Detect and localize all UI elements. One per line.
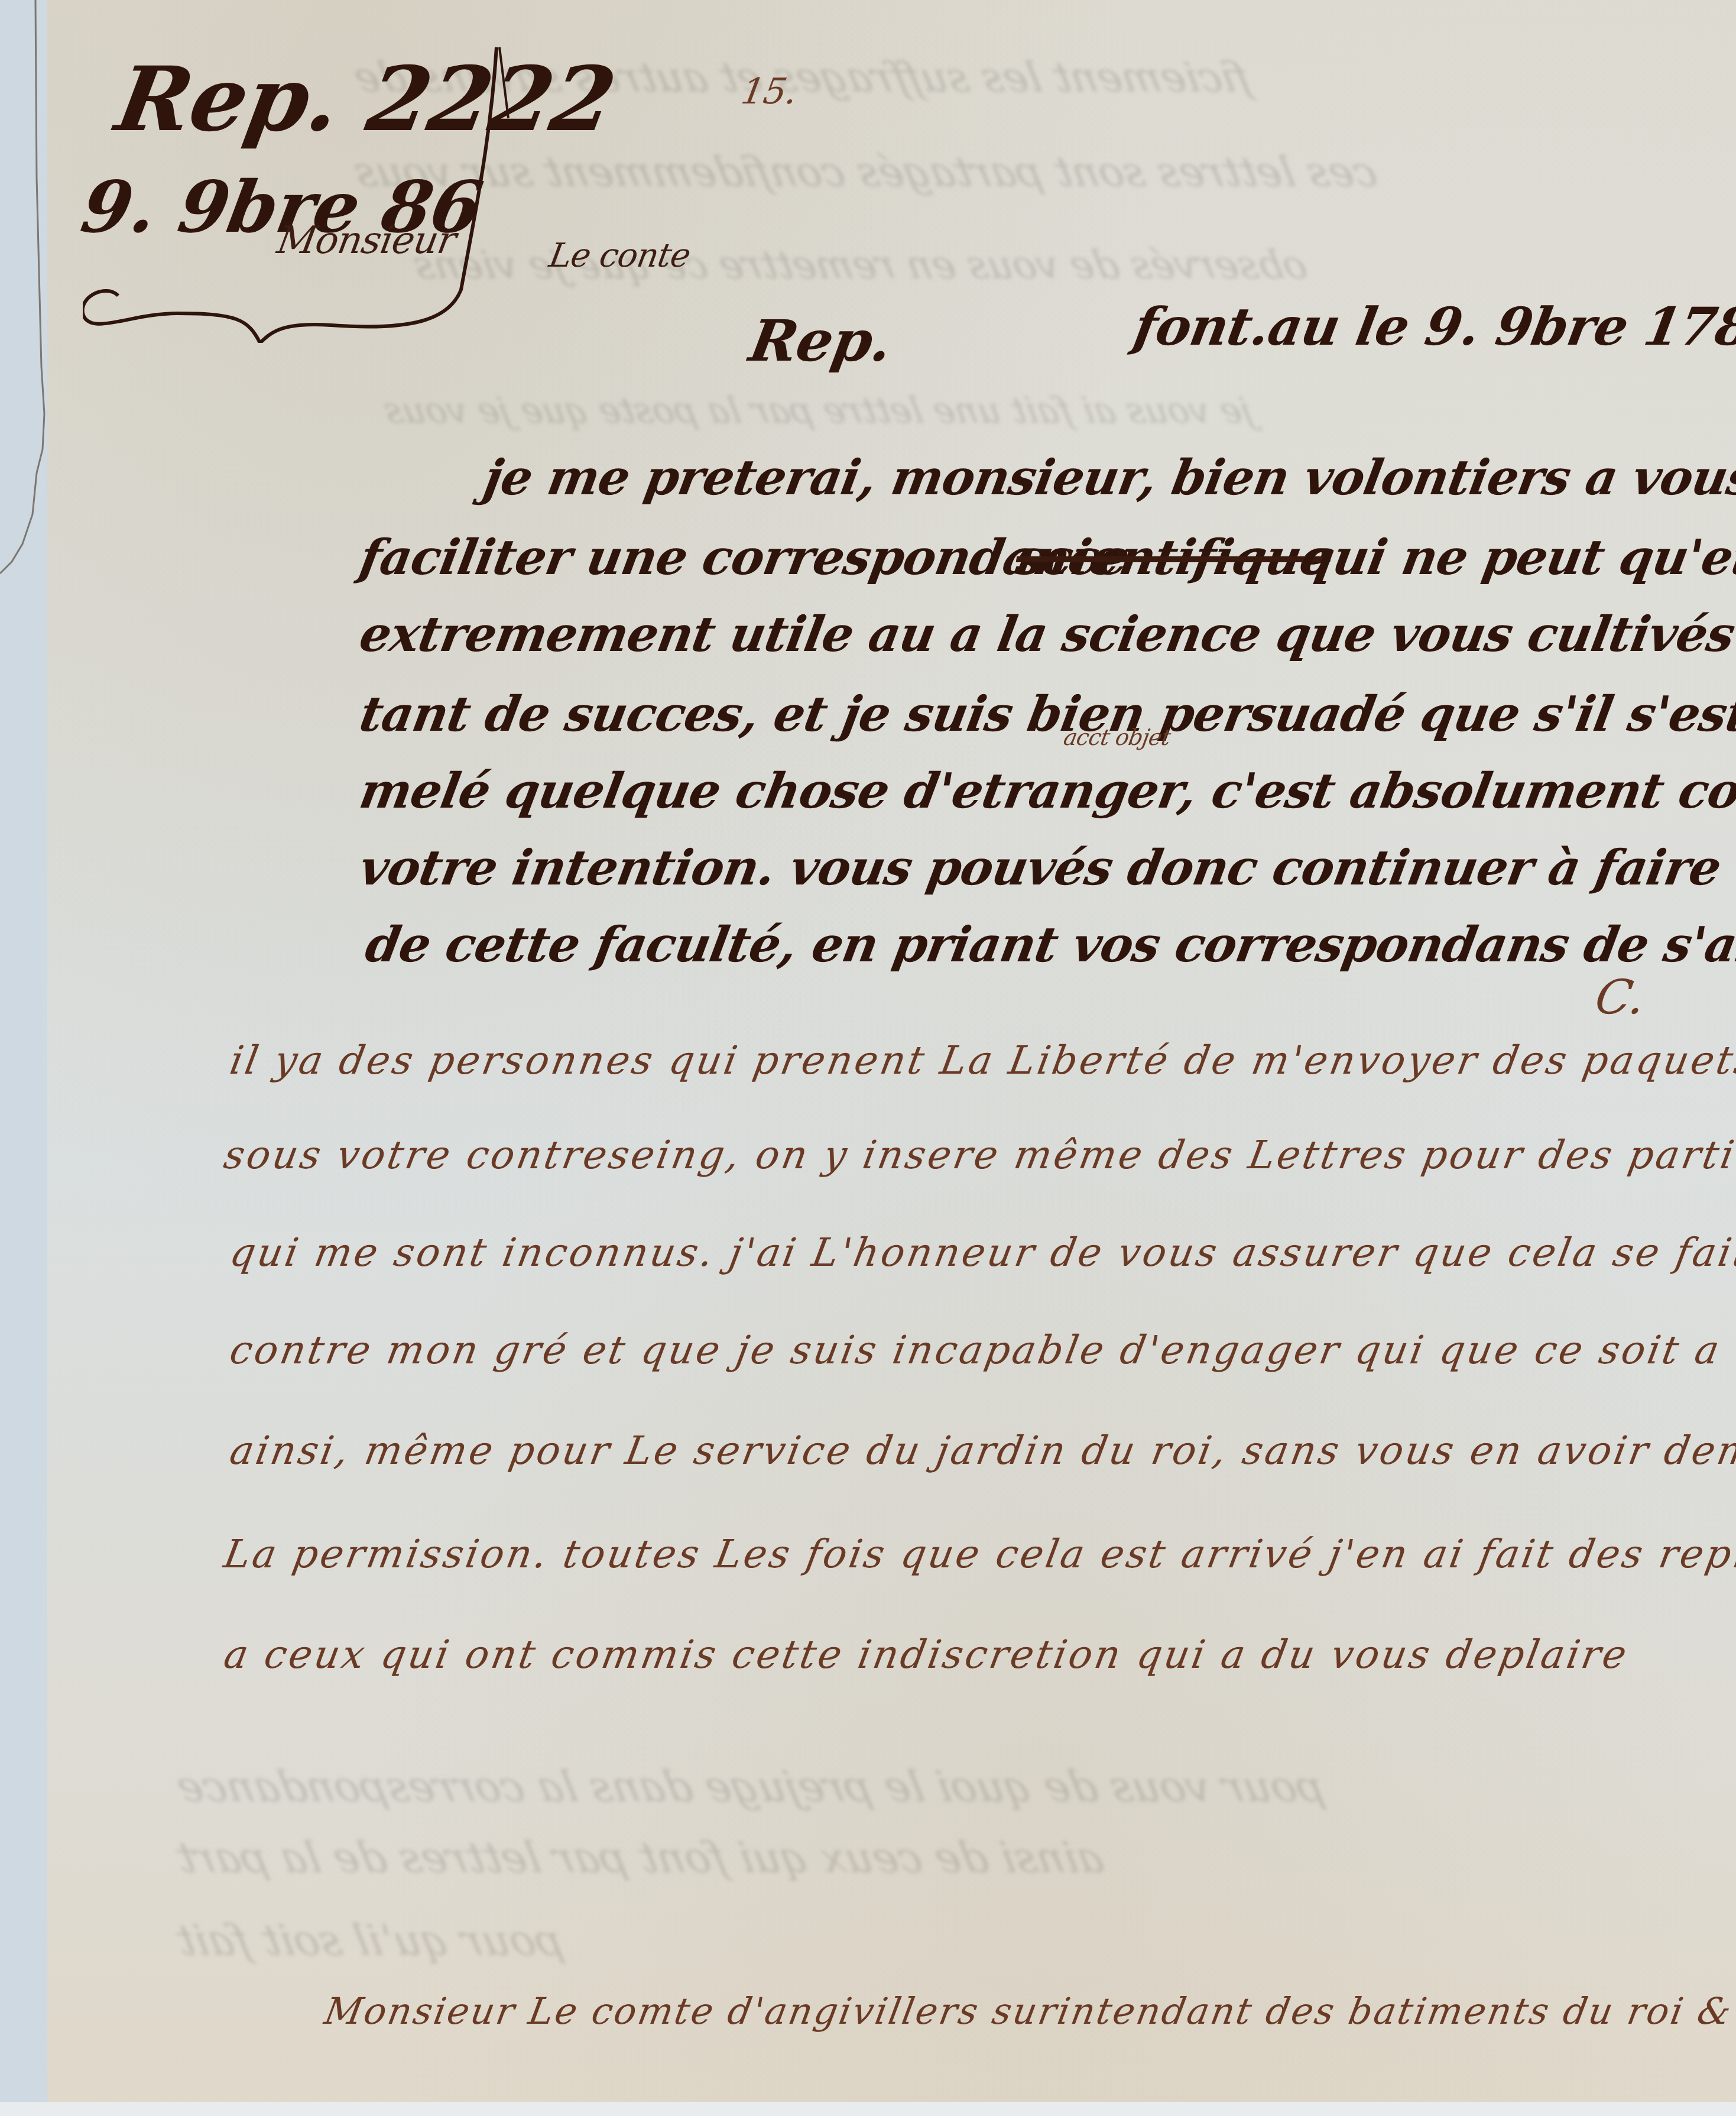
bleed-through-text: pour qu'il soit fait bbox=[172, 1916, 567, 1965]
body-line: sous votre contreseing, on y insere même… bbox=[220, 1132, 1736, 1178]
place-date: font.au le 9. 9bre 1786- bbox=[1130, 296, 1736, 357]
body-line: il ya des personnes qui prenent La Liber… bbox=[226, 1038, 1736, 1083]
folio-mark: 15. bbox=[738, 71, 800, 112]
bleed-through-text: observés de vous en remettre ce que je v… bbox=[409, 242, 1311, 288]
body-line: tant de succes, et je suis bien persuadé… bbox=[356, 686, 1736, 743]
body-line: qui me sont inconnus. j'ai L'honneur de … bbox=[226, 1230, 1736, 1275]
bleed-through-text: je vous ai fait une lettre par la poste … bbox=[380, 390, 1257, 432]
body-line: a ceux qui ont commis cette indiscretion… bbox=[220, 1632, 1632, 1677]
body-line: ainsi, même pour Le service du jardin du… bbox=[226, 1428, 1736, 1473]
body-line: qui ne peut qu'etre bbox=[1296, 529, 1736, 586]
bleed-through-text: ainsi de ceux qui font par lettres de la… bbox=[172, 1833, 1108, 1882]
rep-mark: Rep. bbox=[745, 307, 897, 374]
body-line: de cette faculté, en priant vos correspo… bbox=[362, 916, 1736, 973]
letter-page: ficiement les suffrages et autres savans… bbox=[0, 0, 1736, 2116]
body-line: extremement utile au a la science que vo… bbox=[356, 606, 1736, 663]
addressee-line: Monsieur Le comte d'angivillers surinten… bbox=[322, 1989, 1736, 2033]
margin-reference: Rep. 2222 bbox=[109, 47, 622, 151]
salutation-prefix: Monsieur bbox=[274, 219, 459, 263]
body-line: votre intention. vous pouvés donc contin… bbox=[356, 840, 1736, 896]
body-line: je me preterai, monsieur, bien volontier… bbox=[480, 449, 1736, 506]
struck-word: scientifique bbox=[1012, 529, 1336, 586]
salutation-title: Le conte bbox=[546, 236, 693, 275]
body-line: La permission. toutes Les fois que cela … bbox=[220, 1531, 1736, 1577]
body-line: melé quelque chose d'etranger, c'est abs… bbox=[356, 763, 1736, 819]
bleed-through-text: pour vous de quoi le prejuge dans la cor… bbox=[172, 1762, 1329, 1812]
initial-mark: C. bbox=[1591, 970, 1649, 1025]
body-line: contre mon gré et que je suis incapable … bbox=[226, 1327, 1736, 1373]
interlinear-insertion: acct objet bbox=[1062, 724, 1172, 750]
